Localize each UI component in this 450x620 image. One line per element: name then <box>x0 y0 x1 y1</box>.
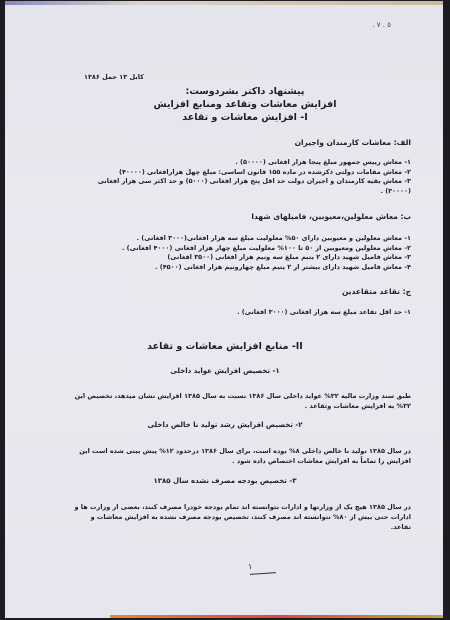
title-line: I- افزایش معاشات و تقاعد <box>125 111 365 124</box>
section-a-list: ۱- معاش رییس جمهور مبلغ پنجا هزار افغانی… <box>81 158 411 196</box>
document-title: پیشنهاد داکتر بشردوست: افزایش معاشات وتق… <box>125 85 365 124</box>
list-item: ۲- معاش معلولین ومعیوبین از ۵۰ تا ۱۰۰% م… <box>81 244 411 254</box>
section-c-list: ۱- حد اقل تقاعد مبلغ سه هزار افغانی (۳۰۰… <box>81 308 411 318</box>
subsection-paragraph: در سال ۱۳۸۵ تولید نا خالص داخلی ۸% بوده … <box>71 446 411 466</box>
subsection-paragraph: طبق سند وزارت مالیه ۳۲% عواید داخلی سال … <box>71 391 411 411</box>
scan-edge-bottom <box>110 615 443 618</box>
section-b-list: ۱- معاش معلولین و معیوبین دارای ۵۰% معلو… <box>81 234 411 272</box>
list-item: ۳- معاش فامیل شهید دارای ۲ یتیم مبلغ سه … <box>81 253 411 263</box>
corner-mark: ٥ . ٧ . <box>372 21 391 29</box>
section-a-heading: الف: معاشات کارمندان واجیران <box>111 138 411 147</box>
subsection-title: ۳- تخصیص بودجه مصرف نشده سال ۱۳۸۵ <box>95 477 355 485</box>
list-item: ۲- معاش مقامات دولتی ذکرشده در ماده ۱۵۵ … <box>81 168 411 178</box>
title-line: افزایش معاشات وتقاعد ومنابع افزایش <box>125 98 365 111</box>
scan-edge-top <box>5 1 443 5</box>
section-c-heading: ج: تقاعد متقاعدین <box>111 287 411 296</box>
section-b-heading: ب: معاش معلولین،معیوبین، فامیلهای شهدا <box>111 212 411 221</box>
subsection-title: ۲- تخصیص افزایش رشد تولید نا خالص داخلی <box>95 421 355 429</box>
list-item: ۱- معاش رییس جمهور مبلغ پنجا هزار افغانی… <box>81 158 411 168</box>
subsection-title: ۱- تخصیص افزایش عواید داخلی <box>95 367 355 375</box>
list-item: ۳- معاش بقیه کارمندان و اجیران دولت حد ا… <box>81 177 411 196</box>
page-number-underline <box>250 572 276 575</box>
section-2-title: II- منابع افزایش معاشات و تقاعد <box>95 341 355 352</box>
list-item: ۱- معاش معلولین و معیوبین دارای ۵۰% معلو… <box>81 234 411 244</box>
list-item: ۴- معاش فامیل شهید دارای بیشتر از ۲ یتیم… <box>81 263 411 273</box>
document-date: کابل ۱۳ حمل ۱۳۸۶ <box>84 73 144 81</box>
subsection-paragraph: در سال ۱۳۸۵ هیچ یک از وزارتها و ادارات ن… <box>71 502 411 532</box>
title-line: پیشنهاد داکتر بشردوست: <box>125 85 365 98</box>
scanned-document-page: ٥ . ٧ . کابل ۱۳ حمل ۱۳۸۶ پیشنهاد داکتر ب… <box>5 1 443 618</box>
page-number: ۱ <box>248 562 252 571</box>
list-item: ۱- حد اقل تقاعد مبلغ سه هزار افغانی (۳۰۰… <box>81 308 411 318</box>
